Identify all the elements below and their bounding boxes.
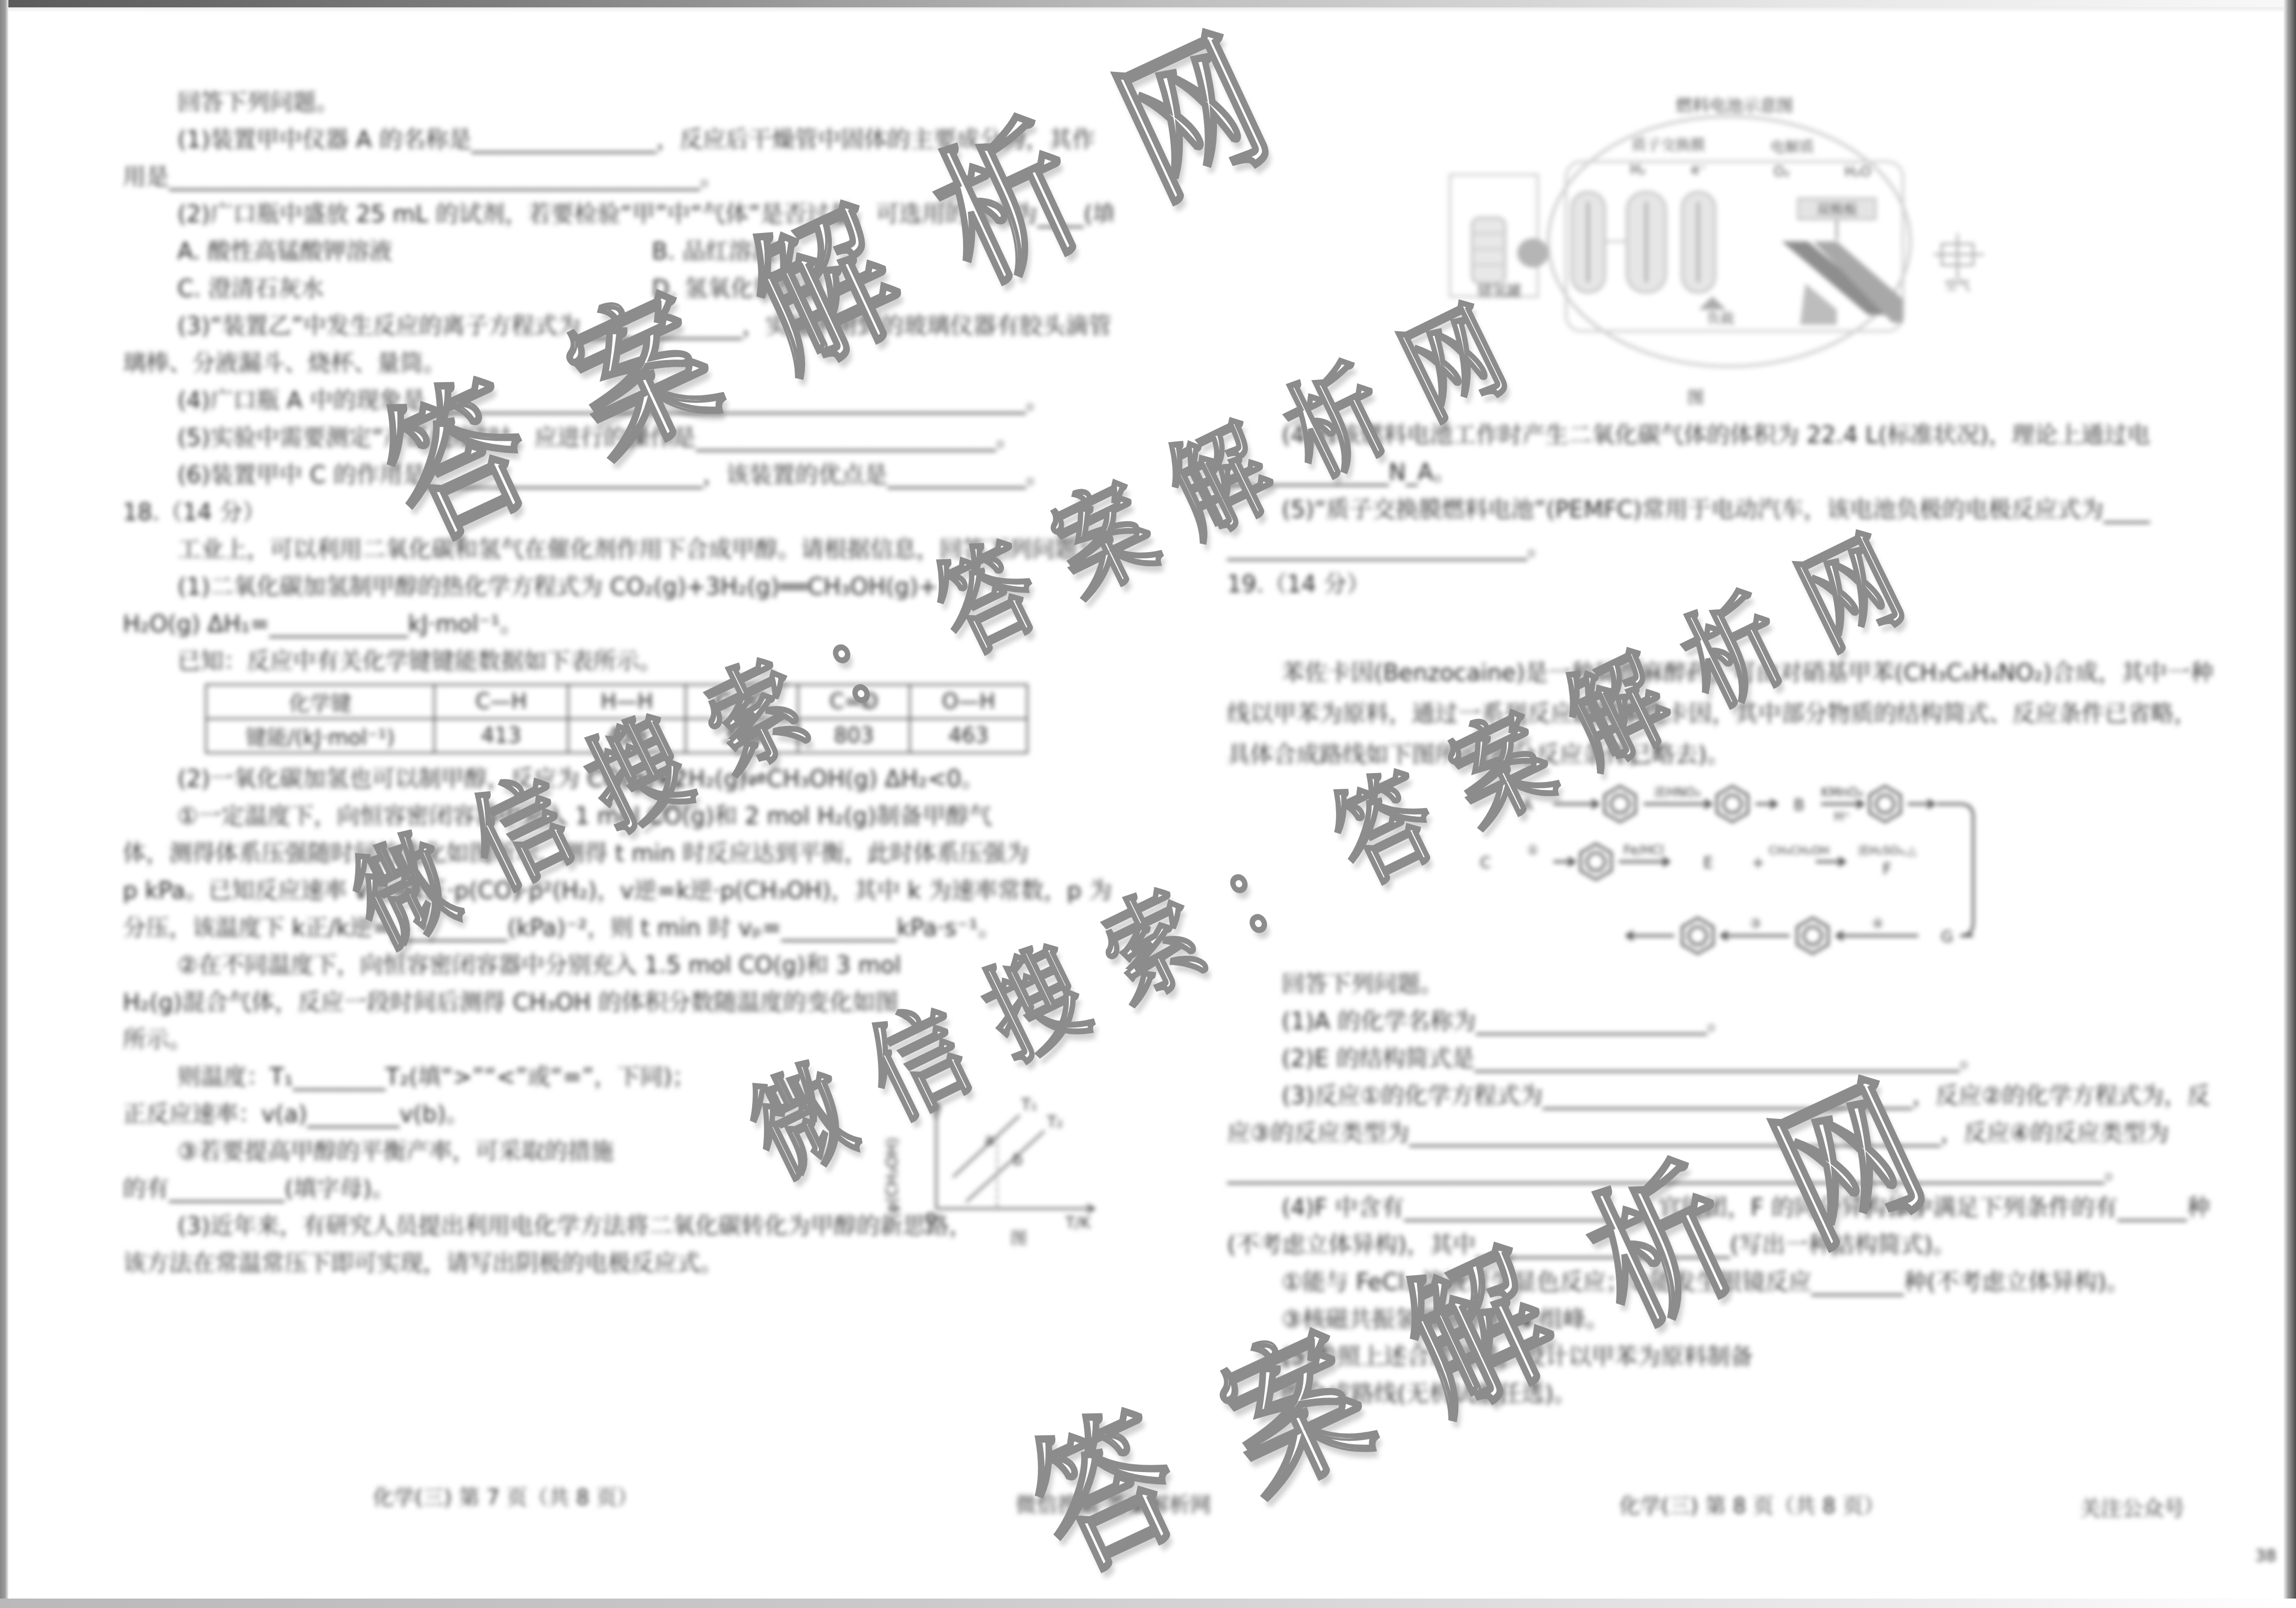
question-line: __________________________。 xyxy=(1227,528,2212,566)
right-page-text-block-c: 回答下列问题。 (1)A 的化学名称为____________________。… xyxy=(1227,966,2212,1413)
scheme-label: F xyxy=(1882,860,1891,879)
scheme-reagent: CH₃CH₂OH xyxy=(1769,844,1829,858)
table-header-cell: 化学键 xyxy=(206,685,435,719)
diagram-label: 储氢罐 xyxy=(1477,282,1521,300)
left-page-footer: 化学(三) 第 7 页（共 8 页） xyxy=(373,1481,638,1511)
question-line: (5)参照上述合成路线，设计以甲苯为原料制备 xyxy=(1227,1338,2212,1376)
question-line: ________________________________________… xyxy=(1227,1152,2212,1189)
corner-note: 关注公众号 xyxy=(2080,1492,2185,1522)
question-line: 回答下列问题。 xyxy=(1227,966,2212,1003)
option-c: C. 澄清石灰水 xyxy=(177,270,652,308)
question-line: ②在不同温度下，向恒容密闭容器中分别充入 1.5 mol CO(g)和 3 mo… xyxy=(123,947,1113,984)
exam-scan-content: 回答下列问题。 (1)装置甲中仪器 A 的名称是________________… xyxy=(0,0,2296,1608)
question-line: (1)A 的化学名称为____________________。 xyxy=(1227,1003,2212,1040)
table-header-cell: C—H xyxy=(435,685,568,719)
diagram-label: 电解质 xyxy=(1770,139,1814,156)
scheme-label: B xyxy=(1794,796,1805,814)
graph-series-t2: T₂ xyxy=(1046,1113,1063,1131)
graph-series-t1: T₁ xyxy=(1021,1096,1037,1114)
scheme-reagent: Fe/HCl xyxy=(1624,843,1664,858)
diagram-label: 双极板 xyxy=(1816,202,1857,218)
diagram-label: 质子交换膜 xyxy=(1632,136,1705,154)
graph-x-label: T/K xyxy=(1065,1214,1091,1232)
scheme-reagent: H⁺ xyxy=(1834,809,1850,824)
question-line: 的合成路线(无机试剂任选)。 xyxy=(1227,1376,2212,1413)
diagram-label: e⁻ xyxy=(1691,162,1707,178)
question-line: (3)反应①的化学方程式为___________________________… xyxy=(1227,1077,2212,1115)
graph-point-a: a xyxy=(985,1131,994,1149)
diagram-label: H₂ xyxy=(1630,162,1646,178)
diagram-label: 负载 xyxy=(1707,311,1734,327)
question-line: (5)“质子交换膜燃料电池”(PEMFC)常用于电动汽车，该电池负极的电极反应式… xyxy=(1227,491,2212,528)
question-line: 分压，该温度下 k正/k逆=__________(kPa)⁻²，则 t min … xyxy=(123,909,1113,947)
scheme-reagent: 浓H₂SO₄,△ xyxy=(1858,844,1916,858)
question-line: (2)E 的结构简式是_____________________________… xyxy=(1227,1040,2212,1077)
question-line: 应③的反应类型为________________________________… xyxy=(1227,1115,2212,1152)
scheme-reagent: 浓HNO₃ xyxy=(1654,785,1701,800)
graph-y-label: φ(CH₃OH) xyxy=(883,1138,902,1214)
question-line: 回答下列问题。 xyxy=(123,84,1113,121)
diagram-caption: 图 xyxy=(1687,387,1704,407)
scheme-step: ④ xyxy=(1872,916,1884,931)
diagram-title: 燃料电池示意图 xyxy=(1676,96,1793,115)
question-line: H₂(g)混合气体，反应一段时间后测得 CH₃OH 的体积分数随温度的变化如图 xyxy=(123,984,1113,1021)
scheme-label: E xyxy=(1704,854,1713,872)
option-a: A. 酸性高锰酸钾溶液 xyxy=(177,233,652,270)
question-line: p kPa。已知反应速率 v正=k正·p(CO)·p²(H₂)，v逆=k逆·p(… xyxy=(123,872,1113,909)
graph-point-b: b xyxy=(1013,1151,1023,1169)
graph-caption: 图 xyxy=(1010,1228,1027,1248)
question-line: 所示。 xyxy=(123,1021,868,1059)
scheme-reagent: KMnO₄ xyxy=(1821,785,1863,800)
scheme-label: G xyxy=(1941,928,1953,946)
diagram-label: H₂O xyxy=(1845,164,1871,180)
table-cell: 键能/(kJ·mol⁻¹) xyxy=(206,719,435,753)
question-line: 的有__________(填字母)。 xyxy=(123,1170,868,1208)
fuel-cell-diagram: 燃料电池示意图 储氢罐 质子交换膜 H₂ e⁻ 电解质 O₂ H₂O 双极板 xyxy=(1438,84,2026,420)
table-cell: 413 xyxy=(435,719,568,753)
scheme-step: ① xyxy=(1527,843,1539,858)
scheme-plus: + xyxy=(1751,854,1764,872)
scheme-step: ③ xyxy=(1750,916,1761,931)
question-number: 18.（14 分） xyxy=(123,494,1113,531)
graph-origin: O xyxy=(925,1210,937,1228)
scheme-label: C xyxy=(1480,854,1491,872)
diagram-label: 空气 xyxy=(1945,278,1970,293)
table-cell: 463 xyxy=(910,719,1028,753)
diagram-label: O₂ xyxy=(1774,164,1790,180)
right-page-footer: 化学(三) 第 8 页（共 8 页） xyxy=(1619,1489,1885,1519)
corner-page-number: 38 xyxy=(2255,1546,2277,1565)
